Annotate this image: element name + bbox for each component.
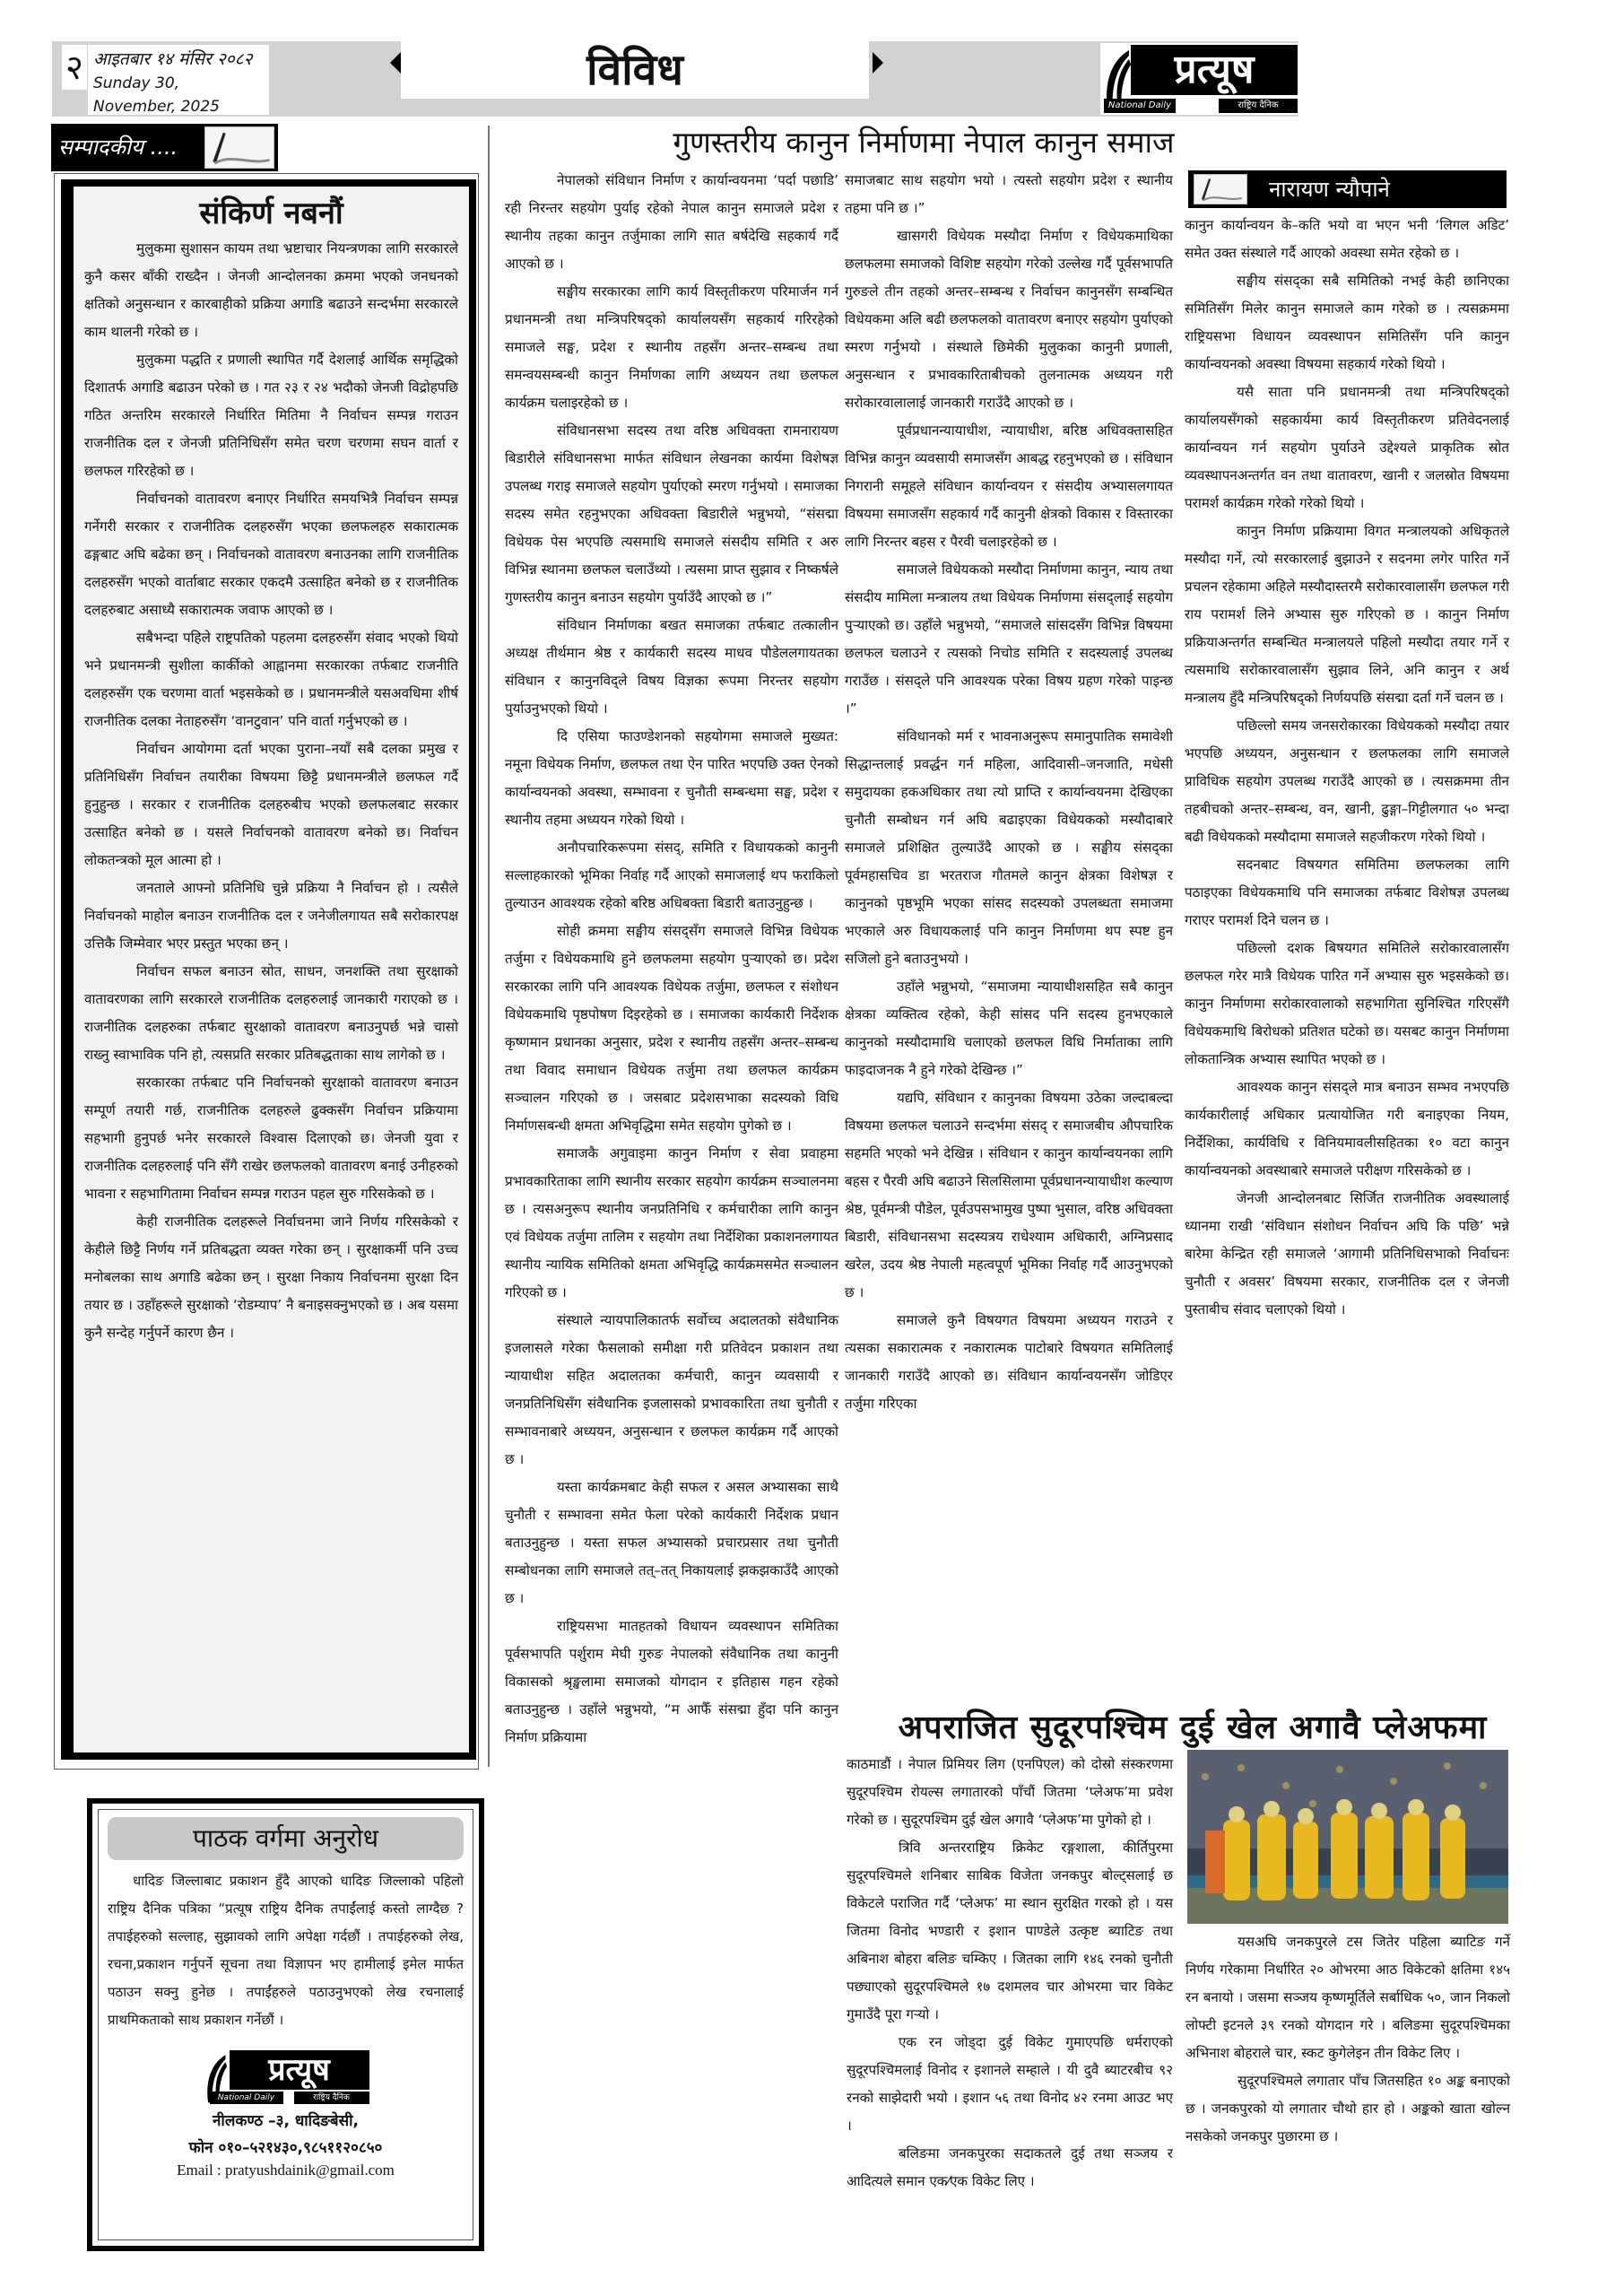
editorial-label: सम्पादकीय .... — [58, 131, 178, 163]
article-paragraph: पूर्वप्रधानन्यायाधीश, न्यायाधीश, बरिष्ठ … — [845, 417, 1173, 556]
article-paragraph: खासगरी विधेयक मस्यौदा निर्माण र विधेयकमा… — [845, 222, 1173, 417]
reader-request-box: पाठक वर्गमा अनुरोध धादिङ जिल्लाबाट प्रका… — [87, 1798, 484, 2251]
logo-tag-nepali: राष्ट्रिय दैनिक — [294, 2092, 369, 2104]
logo-tag-english: National Daily — [210, 2092, 283, 2104]
editorial-paragraph: मुलुकमा सुशासन कायम तथा भ्रष्टाचार नियन्… — [84, 235, 458, 346]
reader-request-body: धादिङ जिल्लाबाट प्रकाशन हुँदै आएको धादिङ… — [108, 1867, 464, 2034]
column-divider — [488, 126, 490, 1767]
article-paragraph: काठमाडौं । नेपाल प्रिमियर लिग (एनपिएल) क… — [847, 1751, 1173, 1834]
article-paragraph: यसै साता पनि प्रधानमन्त्री तथा मन्त्रिपर… — [1185, 378, 1509, 517]
reader-request-title: पाठक वर्गमा अनुरोध — [108, 1817, 464, 1860]
editorial-frame: संकिर्ण नबनौं मुलुकमा सुशासन कायम तथा भ्… — [54, 173, 479, 1770]
article-paragraph: संविधान निर्माणका बखत समाजका तर्फबाट तत्… — [505, 612, 838, 723]
section-title: विविध — [401, 41, 869, 99]
article-paragraph: समाजकै अगुवाइमा कानुन निर्माण र सेवा प्र… — [505, 1140, 838, 1307]
editorial-body: संकिर्ण नबनौं मुलुकमा सुशासन कायम तथा भ्… — [74, 187, 469, 1752]
pen-icon — [204, 126, 274, 169]
article-paragraph: दि एसिया फाउण्डेशनको सहयोगमा समाजले मुख्… — [505, 723, 838, 834]
article-paragraph: कानुन निर्माण प्रक्रियामा विगत मन्त्रालय… — [1185, 517, 1509, 712]
article-paragraph: पछिल्लो समय जनसरोकारका विधेयकको मस्यौदा … — [1185, 712, 1509, 851]
logo-tag-nepali: राष्ट्रिय दैनिक — [1219, 99, 1298, 113]
article-paragraph: समाजबाट साथ सहयोग भयो । त्यस्तो सहयोग प्… — [845, 167, 1173, 222]
article-paragraph: सङ्घीय सरकारका लागि कार्य विस्तृतीकरण पर… — [505, 278, 838, 417]
article-paragraph: अनौपचारिकरूपमा संसद्, समिति र विधायकको क… — [505, 834, 838, 918]
photo-image — [1187, 1750, 1508, 1924]
address: नीलकण्ठ –३, धादिङबेसी, — [99, 2109, 473, 2133]
author-name: नारायण न्यौपाने — [1269, 170, 1390, 208]
article-paragraph: उहाँले भन्नुभयो, “समाजमा न्यायाधीशसहित स… — [845, 973, 1173, 1084]
editorial-paragraph: निर्वाचन आयोगमा दर्ता भएका पुराना–नयाँ स… — [84, 735, 458, 874]
article-paragraph: त्रिवि अन्तरराष्ट्रिय क्रिकेट रङ्गशाला, … — [847, 1834, 1173, 2029]
article-paragraph: संविधानको मर्म र भावनाअनुरूप समानुपातिक … — [845, 723, 1173, 973]
article-paragraph: सुदूरपश्चिमले लगातार पाँच जितसहित १० अङ्… — [1185, 2067, 1510, 2151]
article-paragraph: संस्थाले न्यायपालिकातर्फ सर्वोच्च अदालतक… — [505, 1307, 838, 1474]
article-paragraph: पछिल्लो दशक बिषयगत समितिले सरोकारवालासँग… — [1185, 935, 1509, 1074]
article-paragraph: नेपालको संविधान निर्माण र कार्यान्वयनमा … — [505, 167, 838, 278]
date-nepali: आइतबार १४ मंसिर २०८२ — [93, 47, 264, 72]
article-paragraph: समाजले विधेयकको मस्यौदा निर्माणमा कानुन,… — [845, 556, 1173, 723]
article-paragraph: बलिङमा जनकपुरका सदाकतले दुई तथा सञ्जय र … — [847, 2140, 1173, 2196]
cricket-article-column-1: काठमाडौं । नेपाल प्रिमियर लिग (एनपिएल) क… — [847, 1751, 1173, 2196]
law-article-headline: गुणस्तरीय कानुन निर्माणमा नेपाल कानुन सम… — [538, 122, 1309, 163]
law-article-column-2: समाजबाट साथ सहयोग भयो । त्यस्तो सहयोग प्… — [845, 167, 1173, 1418]
editorial-paragraph: मुलुकमा पद्धति र प्रणाली स्थापित गर्दै द… — [84, 346, 458, 485]
editorial-paragraph: निर्वाचनको वातावरण बनाएर निर्धारित समयभि… — [84, 485, 458, 624]
article-paragraph: आवश्यक कानुन संसद्ले मात्र बनाउन सम्भव न… — [1185, 1074, 1509, 1185]
triangle-left-icon — [390, 52, 401, 74]
masthead-logo: प्रत्यूष National Daily राष्ट्रिय दैनिक — [1100, 43, 1299, 115]
editorial-paragraph: जनताले आफ्नो प्रतिनिधि चुन्ने प्रक्रिया … — [84, 874, 458, 958]
email-link[interactable]: Email : pratyushdainik@gmail.com — [99, 2160, 473, 2181]
logo-wordmark: प्रत्यूष — [230, 2050, 369, 2090]
editorial-title: संकिर्ण नबनौं — [84, 192, 458, 235]
article-paragraph: कानुन कार्यान्वयन के–कति भयो वा भएन भनी … — [1185, 212, 1509, 267]
article-paragraph: यद्यपि, संविधान र कानुनका विषयमा उठेका ज… — [845, 1084, 1173, 1307]
cricket-article-column-2: यसअघि जनकपुरले टस जितेर पहिला ब्याटिङ गर… — [1185, 1928, 1510, 2151]
author-byline: नारायण न्यौपाने — [1188, 170, 1507, 208]
cricket-article-headline: अपराजित सुदूरपश्चिम दुई खेल अगावै प्लेअफ… — [852, 1706, 1533, 1751]
triangle-right-icon — [873, 52, 883, 74]
law-article-column-1: नेपालको संविधान निर्माण र कार्यान्वयनमा … — [505, 167, 838, 1752]
article-paragraph: संविधानसभा सदस्य तथा वरिष्ठ अधिवक्ता राम… — [505, 417, 838, 612]
article-paragraph: यस्ता कार्यक्रमबाट केही सफल र असल अभ्यास… — [505, 1474, 838, 1613]
article-paragraph: राष्ट्रियसभा मातहतको विधायन व्यवस्थापन स… — [505, 1613, 838, 1752]
footer-logo: प्रत्यूष National Daily राष्ट्रिय दैनिक — [203, 2050, 369, 2106]
article-paragraph: सदनबाट विषयगत समितिमा छलफलका लागि पठाइएक… — [1185, 851, 1509, 935]
article-paragraph: सोही क्रममा सङ्घीय संसद्सँग समाजले विभिन… — [505, 918, 838, 1140]
logo-tag-english: National Daily — [1104, 99, 1176, 113]
page-number: २ — [62, 45, 87, 90]
editorial-paragraph: सबैभन्दा पहिले राष्ट्रपतिको पहलमा दलहरुस… — [84, 624, 458, 735]
logo-wordmark: प्रत्यूष — [1131, 45, 1298, 95]
pen-icon — [1194, 174, 1247, 204]
date-box: आइतबार १४ मंसिर २०८२ Sunday 30, November… — [88, 45, 269, 115]
cricket-team-photo — [1187, 1750, 1508, 1924]
article-paragraph: सङ्घीय संसद्का सबै समितिको नभई केही छानि… — [1185, 267, 1509, 378]
article-paragraph: एक रन जोड्दा दुई विकेट गुमाएपछि धर्मराएक… — [847, 2029, 1173, 2140]
article-paragraph: जेनजी आन्दोलनबाट सिर्जित राजनीतिक अवस्था… — [1185, 1185, 1509, 1324]
article-paragraph: समाजले कुनै विषयगत विषयमा अध्ययन गराउने … — [845, 1307, 1173, 1418]
phone: फोन ०१०–५२१४३०,९८५११२०८५० — [99, 2136, 473, 2160]
editorial-paragraph: सरकारका तर्फबाट पनि निर्वाचनको सुरक्षाको… — [84, 1069, 458, 1208]
article-paragraph: यसअघि जनकपुरले टस जितेर पहिला ब्याटिङ गर… — [1185, 1928, 1510, 2067]
date-english: Sunday 30, November, 2025 — [93, 72, 264, 118]
editorial-paragraph: केही राजनीतिक दलहरूले निर्वाचनमा जाने नि… — [84, 1208, 458, 1347]
law-article-column-3: कानुन कार्यान्वयन के–कति भयो वा भएन भनी … — [1185, 212, 1509, 1324]
editorial-paragraph: निर्वाचन सफल बनाउन स्रोत, साधन, जनशक्ति … — [84, 958, 458, 1069]
